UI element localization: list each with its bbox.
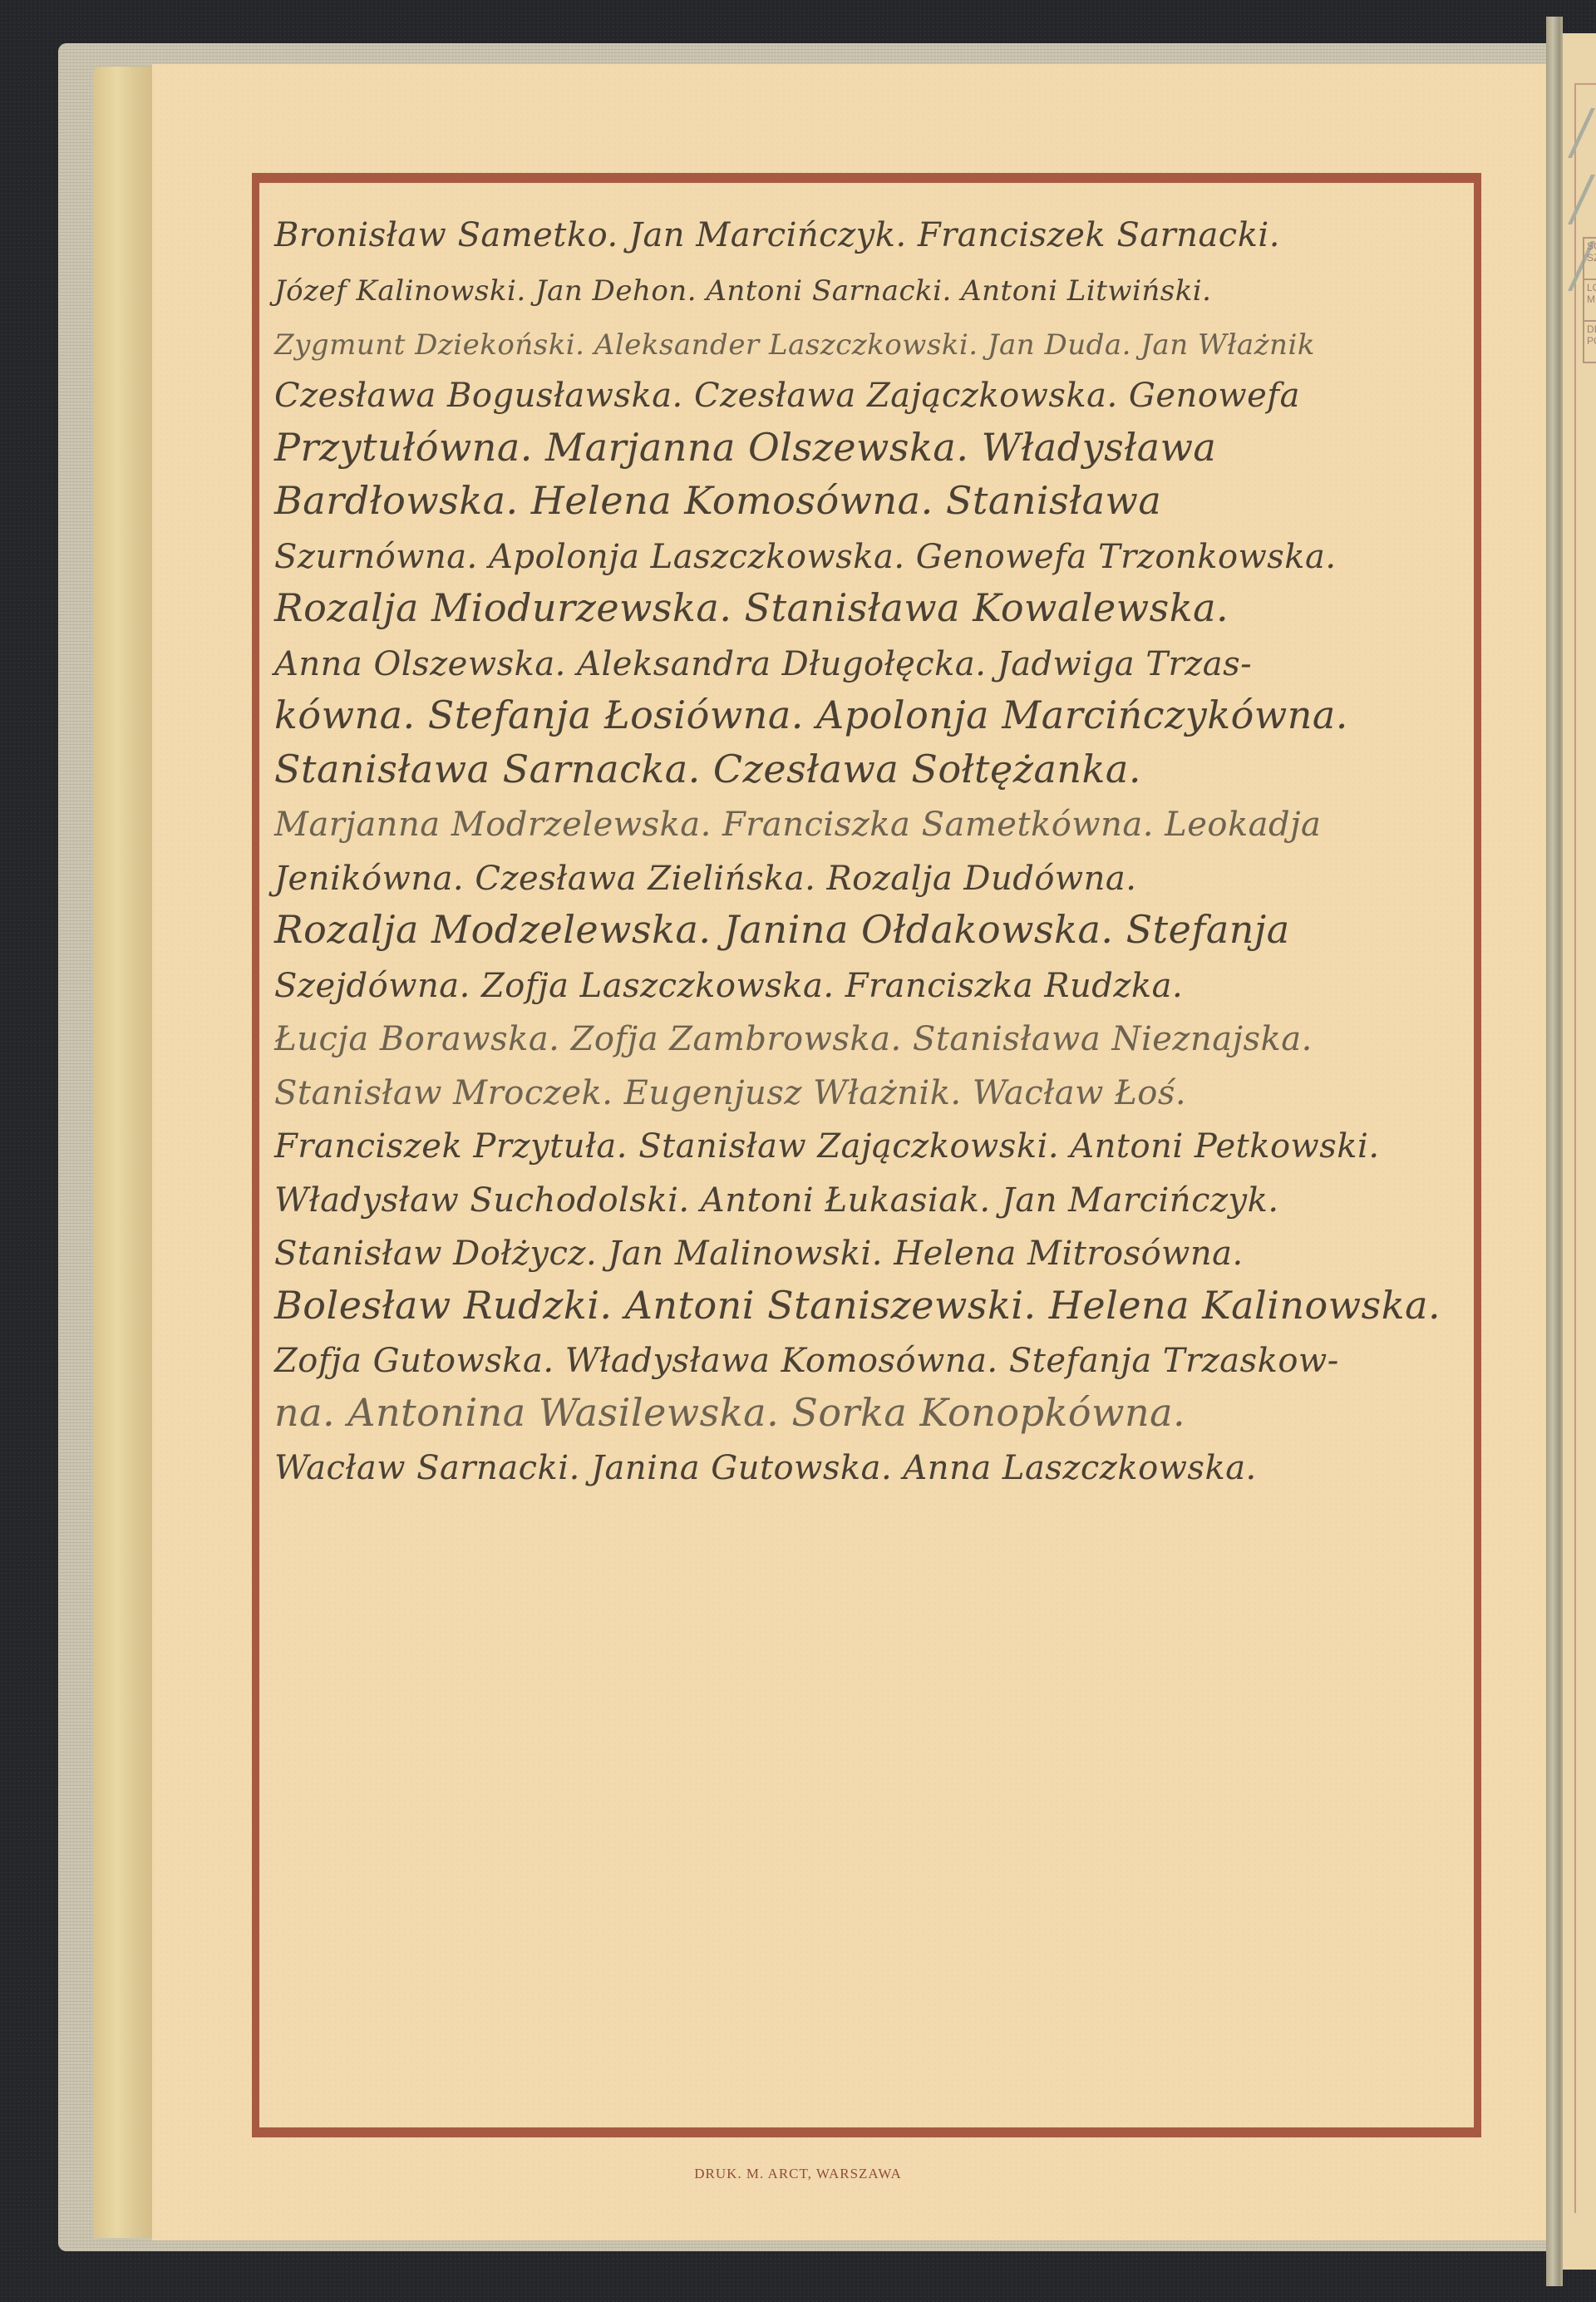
adjacent-page-border bbox=[1574, 83, 1596, 2213]
name-line: Bronisław Sametko. Jan Marcińczyk. Franc… bbox=[274, 198, 1455, 252]
name-line: Józef Kalinowski. Jan Dehon. Antoni Sarn… bbox=[274, 252, 1455, 306]
printer-imprint: DRUK. M. ARCT, WARSZAWA bbox=[0, 2166, 1596, 2182]
name-line: Czesława Bogusławska. Czesława Zajączkow… bbox=[274, 359, 1455, 413]
name-line: na. Antonina Wasilewska. Sorka Konopkówn… bbox=[274, 1378, 1455, 1432]
name-line: Szurnówna. Apolonja Laszczkowska. Genowe… bbox=[274, 520, 1455, 574]
name-line: Jenikówna. Czesława Zielińska. Rozalja D… bbox=[274, 841, 1455, 895]
name-line: Władysław Suchodolski. Antoni Łukasiak. … bbox=[274, 1163, 1455, 1217]
book-gutter bbox=[1546, 17, 1563, 2286]
adjacent-page: SCH SZK LOG MIE DIS PO bbox=[1563, 33, 1596, 2270]
name-line: Przytułówna. Marjanna Olszewska. Władysł… bbox=[274, 412, 1455, 466]
name-line: Rozalja Modzelewska. Janina Ołdakowska. … bbox=[274, 895, 1455, 949]
name-line: Łucja Borawska. Zofja Zambrowska. Stanis… bbox=[274, 1003, 1455, 1057]
adjacent-page-box: DIS PO bbox=[1583, 320, 1596, 363]
name-line: Bardłowska. Helena Komosówna. Stanisława bbox=[274, 466, 1455, 520]
name-line: Marjanna Modrzelewska. Franciszka Sametk… bbox=[274, 788, 1455, 842]
name-line: Franciszek Przytuła. Stanisław Zajączkow… bbox=[274, 1110, 1455, 1164]
name-line: Anna Olszewska. Aleksandra Długołęcka. J… bbox=[274, 627, 1455, 681]
name-line: Szejdówna. Zofja Laszczkowska. Franciszk… bbox=[274, 949, 1455, 1003]
name-line: Stanisław Dołżycz. Jan Malinowski. Helen… bbox=[274, 1217, 1455, 1271]
names-list: Bronisław Sametko. Jan Marcińczyk. Franc… bbox=[274, 198, 1455, 1485]
adjacent-page-box: LOG MIE bbox=[1583, 279, 1596, 322]
name-line: Bolesław Rudzki. Antoni Staniszewski. He… bbox=[274, 1270, 1455, 1324]
name-line: Stanisława Sarnacka. Czesława Sołtężanka… bbox=[274, 734, 1455, 788]
name-line: Zofja Gutowska. Władysława Komosówna. St… bbox=[274, 1324, 1455, 1378]
name-line: kówna. Stefanja Łosiówna. Apolonja Marci… bbox=[274, 681, 1455, 735]
name-line: Wacław Sarnacki. Janina Gutowska. Anna L… bbox=[274, 1432, 1455, 1486]
page-edges bbox=[93, 67, 153, 2238]
adjacent-page-box: SCH SZK bbox=[1583, 237, 1596, 280]
name-line: Zygmunt Dziekoński. Aleksander Laszczkow… bbox=[274, 305, 1455, 359]
name-line: Rozalja Miodurzewska. Stanisława Kowalew… bbox=[274, 574, 1455, 628]
name-line: Stanisław Mroczek. Eugenjusz Włażnik. Wa… bbox=[274, 1056, 1455, 1110]
